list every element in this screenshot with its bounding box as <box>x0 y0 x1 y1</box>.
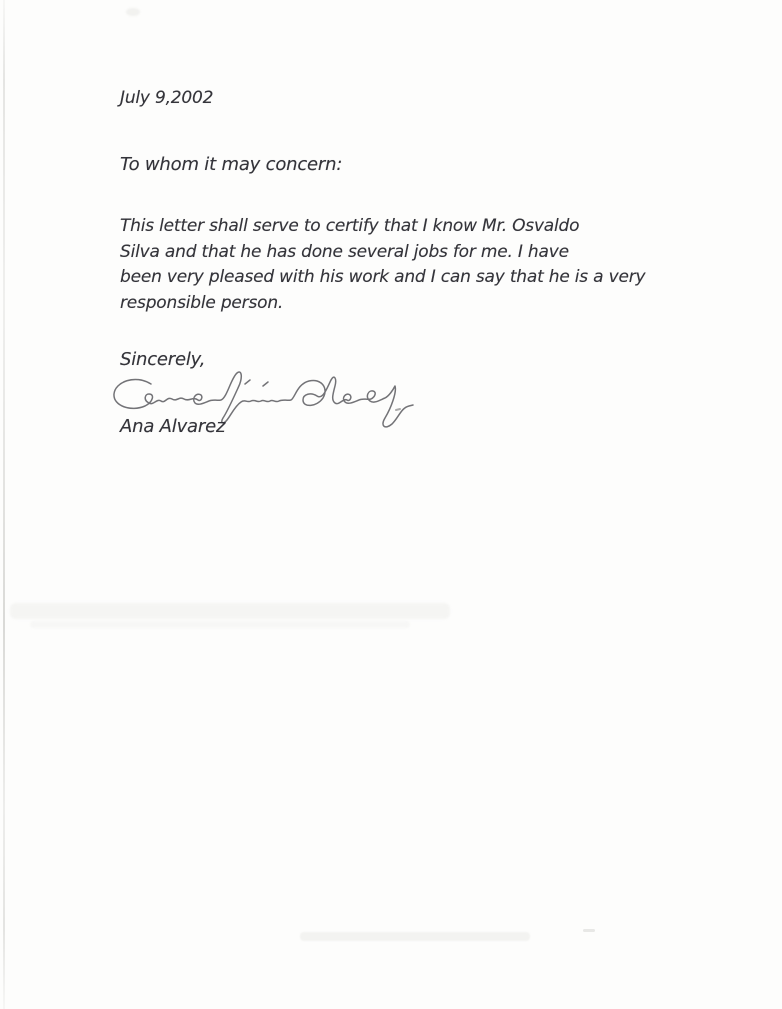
letter-date: July 9,2002 <box>120 88 213 108</box>
letter-closing: Sincerely, <box>120 349 205 370</box>
body-line: This letter shall serve to certify that … <box>120 214 645 240</box>
letter-salutation: To whom it may concern: <box>120 154 342 175</box>
letter-body: This letter shall serve to certify that … <box>120 214 645 316</box>
scan-artifact-mid-smudge <box>10 603 450 619</box>
scan-artifact-left-edge-line <box>3 0 5 1009</box>
body-line: responsible person. <box>120 291 645 317</box>
letter-signed-name: Ana Alvarez <box>120 416 225 437</box>
body-line: been very pleased with his work and I ca… <box>120 265 645 291</box>
scan-artifact-bottom-smudge <box>300 932 530 941</box>
scan-artifact-top-speck <box>126 8 140 16</box>
scan-artifact-bottom-dash <box>583 929 595 932</box>
scan-artifact-mid-smudge-2 <box>30 621 410 628</box>
body-line: Silva and that he has done several jobs … <box>120 240 645 266</box>
scanned-letter-page: July 9,2002 To whom it may concern: This… <box>0 0 782 1009</box>
